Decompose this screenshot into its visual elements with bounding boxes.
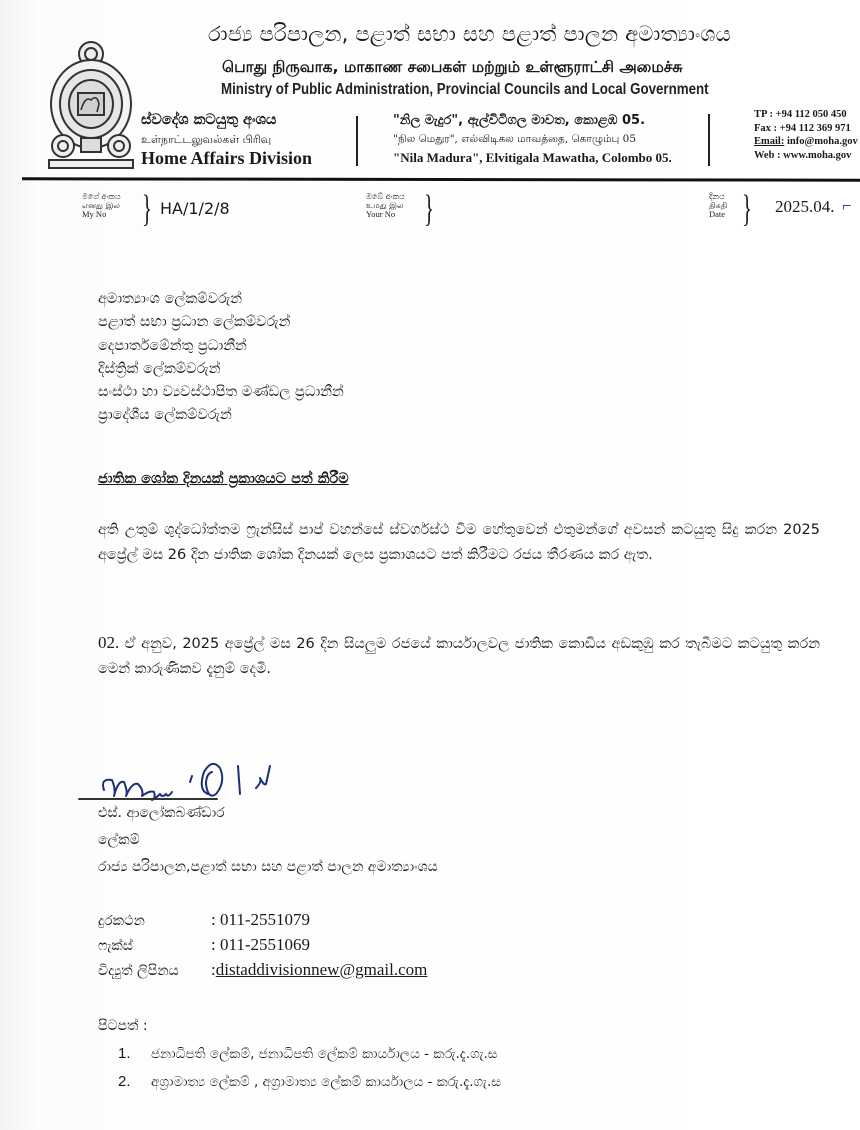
addressee-list: අමාත්‍යාංශ ලේකම්වරුන් පළාත් සභා ප්‍රධාන … (98, 288, 344, 428)
contact-email: විද්‍යුත් ලිපිනය:distaddivisionnew@gmail… (98, 960, 427, 980)
header-divider (356, 116, 358, 166)
paragraph-2-text: ඒ අනුව, 2025 අප්‍රේල් මස 26 දින සියලුම ර… (98, 636, 820, 677)
address-english: "Nila Madura", Elvitigala Mawatha, Colom… (393, 150, 672, 166)
website[interactable]: Web : www.moha.gov (754, 149, 858, 163)
division-tamil: உள்நாட்டலுவல்கள் பிரிவு (141, 133, 271, 148)
addressee: දෙපාර්තමේන්තු ප්‍රධානීන් (98, 335, 344, 358)
paragraph-number: 02. (98, 633, 119, 652)
subject-heading: ජාතික ශෝක දිනයක් ප්‍රකාශයට පත් කිරීම (98, 471, 349, 487)
copy-recipient: 1.ජනාධිපති ලේකම්, ජනාධිපති ලේකම් කාර්යාල… (118, 1045, 497, 1062)
address-sinhala: "නිල මැදුර", ඇල්විටිගල මාවත, කොළඹ 05. (393, 113, 645, 128)
paragraph-2: 02. ඒ අනුව, 2025 අප්‍රේල් මස 26 දින සියල… (98, 630, 820, 682)
brace: } (142, 190, 152, 228)
handwritten-date-mark: ⌐ (842, 196, 852, 216)
letter-page: රාජ්‍ය පරිපාලන, පළාත් සභා සහ පළාත් පාලන … (0, 0, 860, 1130)
header-divider (708, 114, 710, 166)
header-contacts: TP : +94 112 050 450 Fax : +94 112 369 9… (754, 108, 858, 162)
signatory-name: එස්. ආලෝකබණ්ඩාර (98, 800, 438, 827)
email-link[interactable]: info@moha.gov (784, 136, 857, 147)
my-no-label: මගේ අංකය எனது இல My No (82, 192, 121, 219)
paragraph-1: අති උතුම් ශුද්ධෝත්තම ෆ්‍රැන්සිස් පාප් වහ… (98, 518, 820, 568)
ministry-title-tamil: பொது நிருவாக, மாகாண சபைகள் மற்றும் உள்ளூ… (222, 58, 683, 78)
ministry-title-sinhala: රාජ්‍ය පරිපාලන, පළාත් සභා සහ පළාත් පාලන … (208, 22, 731, 47)
signatory-title: ලේකම් (98, 827, 438, 854)
date-label: දිනය திகதி Date (709, 192, 727, 219)
email-label: Email: (754, 136, 784, 147)
your-no-label: ඔබේ අංකය உமது இல Your No (366, 192, 405, 219)
addressee: අමාත්‍යාංශ ලේකම්වරුන් (98, 288, 344, 311)
brace: } (424, 190, 434, 228)
ministry-title-english: Ministry of Public Administration, Provi… (221, 81, 709, 99)
sri-lanka-emblem-icon (45, 38, 137, 172)
division-sinhala: ස්වදේශ කටයුතු අංශය (141, 112, 276, 128)
date-value: 2025.04. (775, 197, 835, 217)
fax: Fax : +94 112 369 971 (754, 122, 858, 136)
addressee: දිස්ත්‍රික් ලේකම්වරුන් (98, 358, 344, 381)
addressee: සංස්ථා හා ව්‍යවස්ථාපිත මණ්ඩල ප්‍රධානීන් (98, 381, 344, 404)
brace: } (742, 190, 752, 228)
contact-fax: ෆැක්ස්: 011-2551069 (98, 935, 310, 955)
addressee: පළාත් සභා ප්‍රධාන ලේකම්වරුන් (98, 311, 344, 334)
my-no-value: HA/1/2/8 (160, 199, 230, 218)
telephone: TP : +94 112 050 450 (754, 108, 858, 122)
header-rule (22, 177, 860, 181)
contact-telephone: දුරකථන: 011-2551079 (98, 910, 310, 930)
addressee: ප්‍රාදේශීය ලේකම්වරුන් (98, 404, 344, 427)
email-link[interactable]: distaddivisionnew@gmail.com (216, 960, 428, 979)
copy-recipient: 2.අග්‍රාමාත්‍ය ලේකම් , අග්‍රාමාත්‍ය ලේකම… (118, 1073, 501, 1090)
division-english: Home Affairs Division (141, 148, 312, 169)
copies-heading: පිටපත් : (98, 1018, 148, 1034)
email: Email: info@moha.gov (754, 135, 858, 149)
address-tamil: "நில மெதுர", எல்விடிகல மாவத்தை, கொழும்பு… (393, 133, 636, 146)
signatory-block: එස්. ආලෝකබණ්ඩාර ලේකම් රාජ්‍ය පරිපාලන,පළා… (98, 800, 438, 881)
signatory-ministry: රාජ්‍ය පරිපාලන,පළාත් සභා සහ පළාත් පාලන අ… (98, 854, 438, 881)
